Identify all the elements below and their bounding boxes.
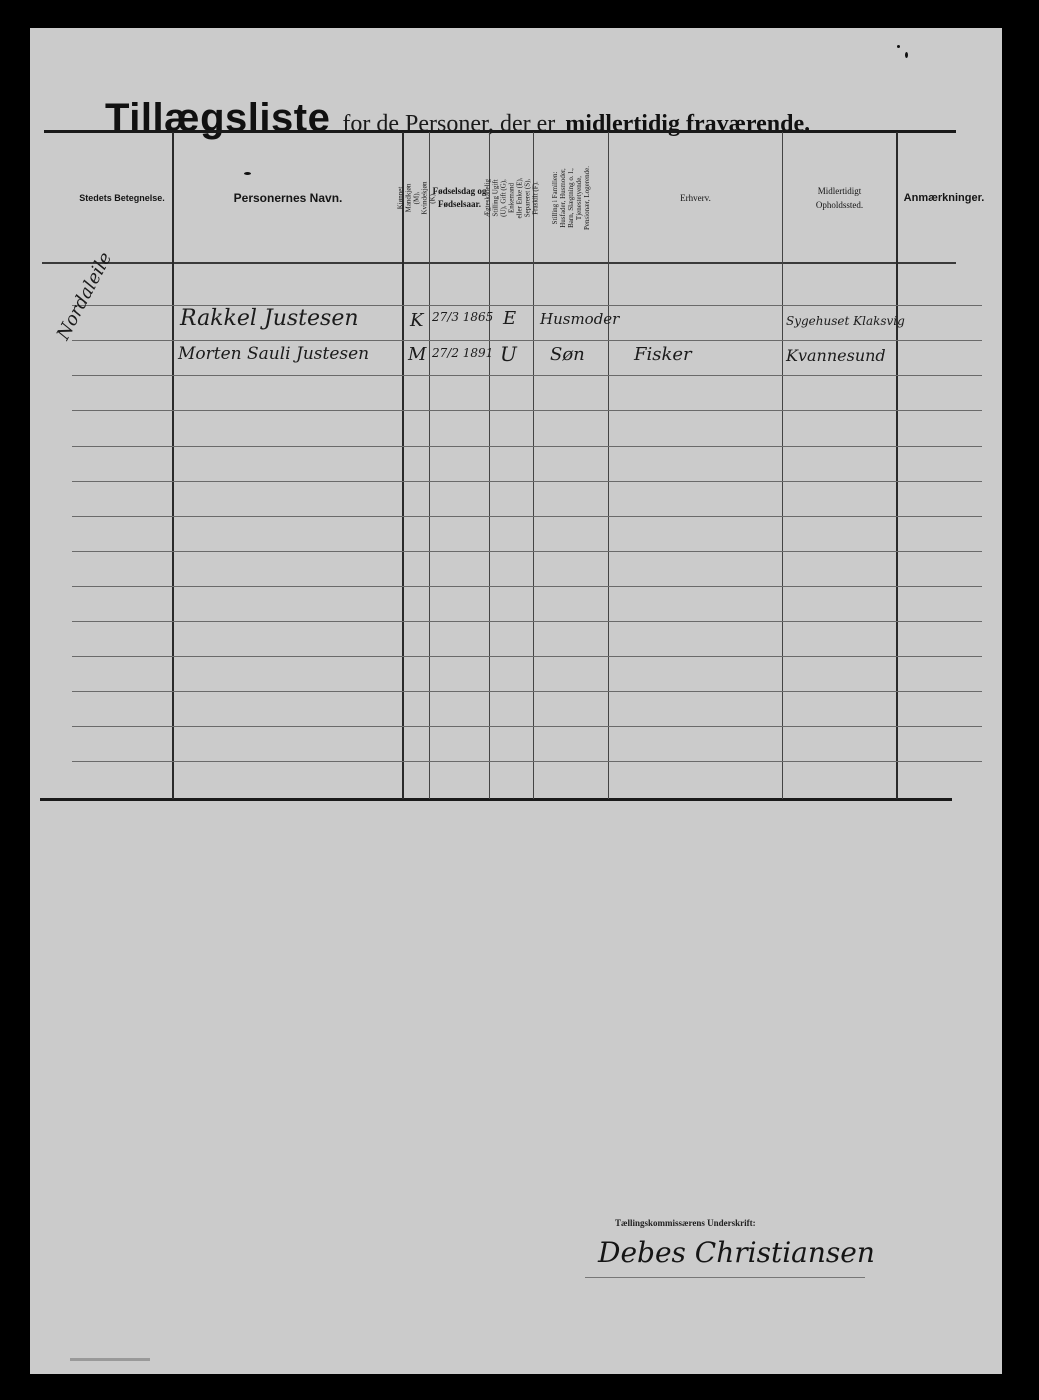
- row-2-temp-residence: Kvannesund: [786, 346, 886, 365]
- header-marital: Ægteskabelig Stilling Ugift (U), Gift (G…: [490, 134, 533, 262]
- header-name-label: Personernes Navn.: [234, 191, 343, 205]
- header-name: Personernes Navn.: [174, 134, 402, 262]
- header-sex: Kjønnet Mandkjøn (M), Kvindekjøn (K).: [404, 134, 429, 262]
- header-occupation: Erhverv.: [609, 134, 782, 262]
- row-line: [72, 691, 982, 692]
- header-family-role: Stilling i Familien: Husfader, Husmoder,…: [534, 134, 608, 262]
- header-occupation-label: Erhverv.: [680, 193, 711, 203]
- ink-speck: [905, 52, 908, 58]
- top-rule: [44, 130, 956, 133]
- row-2-marital: U: [500, 342, 517, 366]
- row-line: [72, 551, 982, 552]
- row-1-temp-residence: Sygehuset Klaksvig: [786, 314, 905, 328]
- row-line: [72, 446, 982, 447]
- header-family-role-label: Stilling i Familien: Husfader, Husmoder,…: [551, 161, 591, 235]
- header-remarks-label: Anmærkninger.: [904, 192, 985, 204]
- row-line: [72, 726, 982, 727]
- bottom-rule: [40, 798, 952, 801]
- row-line: [72, 621, 982, 622]
- row-line: [72, 340, 982, 341]
- row-1-marital: E: [503, 308, 516, 329]
- row-1-name: Rakkel Justesen: [180, 306, 359, 331]
- row-line: [72, 410, 982, 411]
- row-2-sex: M: [408, 344, 426, 365]
- header-temp-residence: Midlertidigt Opholdssted.: [783, 134, 896, 262]
- row-line: [72, 375, 982, 376]
- printer-mark: [70, 1358, 150, 1361]
- header-remarks: Anmærkninger.: [898, 134, 990, 262]
- ink-speck: [244, 172, 251, 175]
- signature-line: [585, 1277, 865, 1278]
- header-place-label: Stedets Betegnelse.: [79, 192, 165, 205]
- row-line: [72, 481, 982, 482]
- row-line: [72, 516, 982, 517]
- row-1-sex: K: [410, 310, 423, 331]
- row-2-birth: 27/2 1891: [432, 346, 493, 360]
- header-temp-residence-label: Midlertidigt Opholdssted.: [803, 184, 876, 212]
- header-rule: [42, 262, 956, 264]
- row-2-family-role: Søn: [550, 344, 585, 365]
- header-birth: Fødselsdag og Fødselsaar.: [430, 134, 489, 262]
- signature-value: Debes Christiansen: [598, 1236, 875, 1269]
- row-line: [72, 586, 982, 587]
- row-1-family-role: Husmoder: [540, 310, 619, 328]
- row-2-name: Morten Sauli Justesen: [178, 344, 369, 364]
- signature-label: Tællingskommissærens Underskrift:: [615, 1218, 756, 1228]
- header-birth-label: Fødselsdag og Fødselsaar.: [430, 185, 489, 211]
- row-line: [72, 656, 982, 657]
- row-1-birth: 27/3 1865: [432, 310, 493, 324]
- ink-speck: [897, 45, 900, 48]
- row-line: [72, 761, 982, 762]
- row-2-occupation: Fisker: [634, 344, 692, 365]
- header-place: Stedets Betegnelse.: [72, 134, 172, 262]
- header-marital-label: Ægteskabelig Stilling Ugift (U), Gift (G…: [484, 177, 540, 220]
